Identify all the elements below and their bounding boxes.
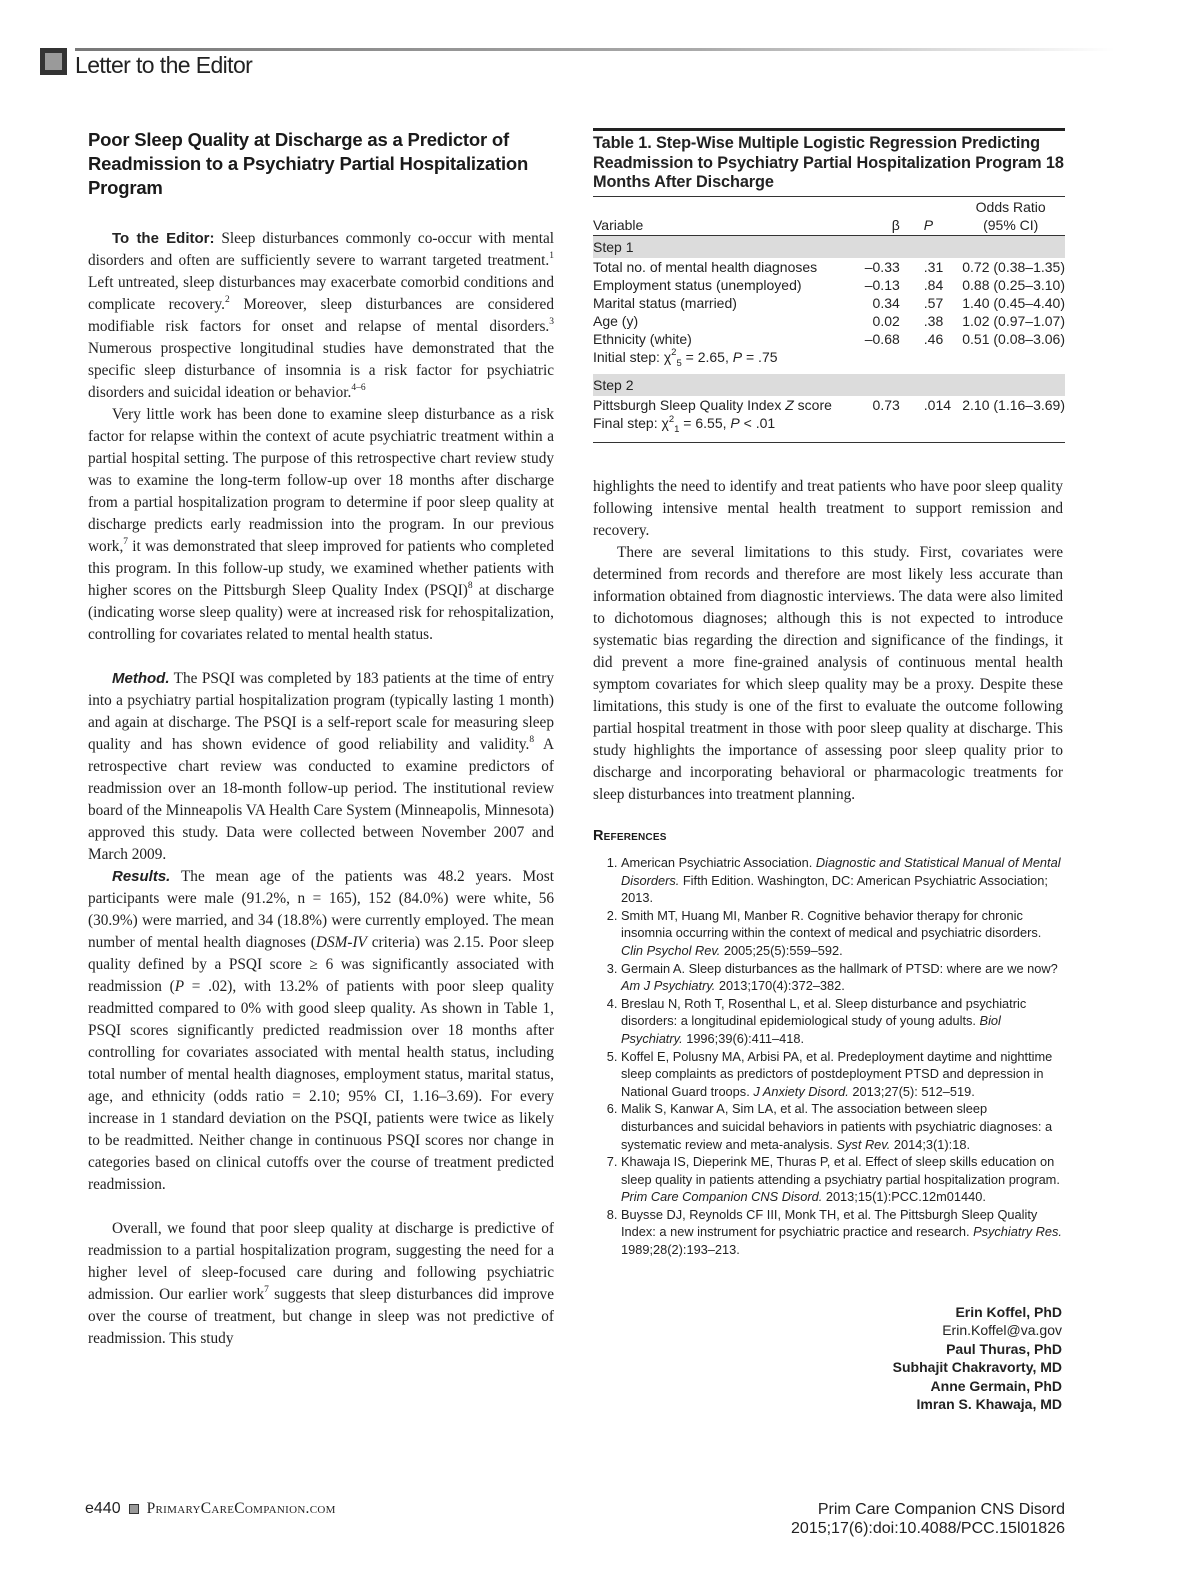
cell-beta: –0.33 [853, 258, 900, 276]
text: = 2.65, [682, 349, 733, 365]
paragraph-method: Method. The PSQI was completed by 183 pa… [88, 668, 554, 866]
text: 2005;25(5):559–592. [720, 943, 842, 958]
superscript: 2 [669, 414, 674, 425]
citation-ref: 1 [549, 251, 554, 261]
text-italic: DSM-IV [316, 934, 367, 951]
table-row: Total no. of mental health diagnoses–0.3… [593, 258, 1065, 276]
table-row: Ethnicity (white)–0.68.460.51 (0.08–3.06… [593, 330, 1065, 348]
lead-results: Results. [112, 868, 170, 885]
text: 1996;39(6):411–418. [683, 1031, 804, 1046]
article-title: Poor Sleep Quality at Discharge as a Pre… [88, 128, 554, 200]
text: = .02), with 13.2% of patients with poor… [88, 978, 554, 1193]
cell-p: .31 [900, 258, 957, 276]
paragraph-overall-continued: highlights the need to identify and trea… [593, 476, 1063, 542]
step-2-note: Final step: χ21 = 6.55, P < .01 [593, 414, 1065, 442]
text-italic: P [733, 349, 742, 365]
col-p: P [900, 196, 957, 235]
cell-beta: 0.34 [853, 294, 900, 312]
reference-item: Smith MT, Huang MI, Manber R. Cognitive … [621, 907, 1063, 960]
text: Initial step: χ [593, 349, 671, 365]
cell-p: .84 [900, 276, 957, 294]
text: = .75 [742, 349, 777, 365]
superscript: 2 [671, 347, 676, 358]
paragraph-results: Results. The mean age of the patients wa… [88, 866, 554, 1196]
doi-citation: 2015;17(6):doi:10.4088/PCC.15l01826 [780, 1519, 1065, 1538]
cell-or: 0.72 (0.38–1.35) [956, 258, 1065, 276]
table-row: Marital status (married)0.34.571.40 (0.4… [593, 294, 1065, 312]
cell-variable: Marital status (married) [593, 294, 853, 312]
step-1-label: Step 1 [593, 235, 1065, 258]
reference-item: Germain A. Sleep disturbances as the hal… [621, 960, 1063, 995]
text-italic: J Anxiety Disord. [753, 1084, 849, 1099]
paragraph-purpose: Very little work has been done to examin… [88, 404, 554, 646]
section-label: Letter to the Editor [75, 52, 252, 79]
citation-ref: 4–6 [351, 383, 365, 393]
text-italic: Prim Care Companion CNS Disord. [621, 1189, 822, 1204]
cell-variable: Pittsburgh Sleep Quality Index Z score [593, 396, 853, 414]
cell-beta: 0.73 [853, 396, 900, 414]
reference-item: American Psychiatric Association. Diagno… [621, 854, 1063, 907]
text-italic: P [175, 978, 184, 995]
lead-to-the-editor: To the Editor: [112, 230, 215, 247]
text: 2014;3(1):18. [890, 1137, 970, 1152]
text: 2013;15(1):PCC.12m01440. [822, 1189, 986, 1204]
citation-ref: 7 [123, 537, 128, 547]
header-rule [75, 48, 1115, 51]
reference-item: Koffel E, Polusny MA, Arbisi PA, et al. … [621, 1048, 1063, 1101]
cell-p: .57 [900, 294, 957, 312]
text: Numerous prospective longitudinal studie… [88, 340, 554, 401]
text-italic: Clin Psychol Rev. [621, 943, 720, 958]
text: Very little work has been done to examin… [88, 406, 554, 555]
text-italic: Am J Psychiatry. [621, 978, 715, 993]
cell-variable: Age (y) [593, 312, 853, 330]
text: Khawaja IS, Dieperink ME, Thuras P, et a… [621, 1154, 1060, 1187]
reference-item: Breslau N, Roth T, Rosenthal L, et al. S… [621, 995, 1063, 1048]
reference-item: Khawaja IS, Dieperink ME, Thuras P, et a… [621, 1153, 1063, 1206]
text: Germain A. Sleep disturbances as the hal… [621, 961, 1058, 976]
text: < .01 [740, 415, 775, 431]
text: Fifth Edition. Washington, DC: American … [621, 873, 1048, 906]
cell-p: .014 [900, 396, 957, 414]
col-beta: β [853, 196, 900, 235]
reference-item: Malik S, Kanwar A, Sim LA, et al. The as… [621, 1100, 1063, 1153]
paragraph-limitations: There are several limitations to this st… [593, 542, 1063, 806]
text: 1989;28(2):193–213. [621, 1242, 740, 1257]
citation-ref: 3 [549, 317, 554, 327]
cell-beta: –0.68 [853, 330, 900, 348]
col-odds-ratio-line2: (95% CI) [956, 216, 1065, 234]
step-2-label: Step 2 [593, 374, 1065, 396]
text-italic: P [730, 415, 739, 431]
citation-ref: 2 [225, 295, 230, 305]
references-list: American Psychiatric Association. Diagno… [593, 854, 1063, 1259]
cell-or: 2.10 (1.16–3.69) [956, 396, 1065, 414]
text-italic: Z [785, 397, 794, 413]
author-name: Anne Germain, PhD [840, 1377, 1062, 1395]
journal-name: Prim Care Companion CNS Disord [780, 1500, 1065, 1519]
site-link[interactable]: PrimaryCareCompanion.com [147, 1500, 336, 1518]
cell-or: 1.02 (0.97–1.07) [956, 312, 1065, 330]
citation-ref: 7 [264, 1285, 269, 1295]
footer-citation: Prim Care Companion CNS Disord 2015;17(6… [780, 1500, 1065, 1538]
section-square-icon [40, 48, 67, 75]
text-italic: Syst Rev. [837, 1137, 891, 1152]
text: Smith MT, Huang MI, Manber R. Cognitive … [621, 908, 1041, 941]
footer-square-icon [129, 1504, 139, 1514]
table-row: Employment status (unemployed)–0.13.840.… [593, 276, 1065, 294]
cell-or: 0.51 (0.08–3.06) [956, 330, 1065, 348]
left-column: Poor Sleep Quality at Discharge as a Pre… [88, 128, 554, 1350]
text-italic: Psychiatry Res. [973, 1224, 1062, 1239]
cell-p: .46 [900, 330, 957, 348]
cell-p: .38 [900, 312, 957, 330]
citation-ref: 8 [529, 735, 534, 745]
text: = 6.55, [679, 415, 730, 431]
table-row: Age (y)0.02.381.02 (0.97–1.07) [593, 312, 1065, 330]
cell-or: 0.88 (0.25–3.10) [956, 276, 1065, 294]
text: American Psychiatric Association. [621, 855, 816, 870]
author-name: Imran S. Khawaja, MD [840, 1395, 1062, 1413]
cell-beta: 0.02 [853, 312, 900, 330]
text: Breslau N, Roth T, Rosenthal L, et al. S… [621, 996, 1026, 1029]
paragraph-intro: To the Editor: Sleep disturbances common… [88, 228, 554, 404]
cell-variable: Employment status (unemployed) [593, 276, 853, 294]
page-number: e440 [85, 1500, 121, 1518]
author-block: Erin Koffel, PhD Erin.Koffel@va.gov Paul… [840, 1303, 1062, 1413]
reference-item: Buysse DJ, Reynolds CF III, Monk TH, et … [621, 1206, 1063, 1259]
step-1-note: Initial step: χ25 = 2.65, P = .75 [593, 348, 1065, 375]
table-caption: Table 1. Step-Wise Multiple Logistic Reg… [593, 131, 1065, 196]
paragraph-overall: Overall, we found that poor sleep qualit… [88, 1218, 554, 1350]
regression-table: Variable β P Odds Ratio (95% CI) Step 1 … [593, 196, 1065, 444]
author-name: Erin Koffel, PhD [840, 1303, 1062, 1321]
right-column: highlights the need to identify and trea… [593, 476, 1063, 1259]
col-variable: Variable [593, 196, 853, 235]
cell-or: 1.40 (0.45–4.40) [956, 294, 1065, 312]
lead-method: Method. [112, 670, 170, 687]
cell-variable: Ethnicity (white) [593, 330, 853, 348]
cell-variable: Total no. of mental health diagnoses [593, 258, 853, 276]
citation-ref: 8 [468, 581, 473, 591]
footer-left: e440 PrimaryCareCompanion.com [85, 1500, 336, 1518]
text: Pittsburgh Sleep Quality Index [593, 397, 785, 413]
table-row: Pittsburgh Sleep Quality Index Z score0.… [593, 396, 1065, 414]
text: Final step: χ [593, 415, 669, 431]
text: score [794, 397, 832, 413]
cell-beta: –0.13 [853, 276, 900, 294]
references-heading: References [593, 828, 1063, 844]
author-email-link[interactable]: Erin.Koffel@va.gov [840, 1321, 1062, 1339]
text: A retrospective chart review was conduct… [88, 736, 554, 863]
table-1: Table 1. Step-Wise Multiple Logistic Reg… [593, 128, 1065, 443]
text: 2013;170(4):372–382. [715, 978, 845, 993]
col-odds-ratio: Odds Ratio (95% CI) [956, 196, 1065, 235]
col-odds-ratio-line1: Odds Ratio [956, 198, 1065, 216]
author-name: Subhajit Chakravorty, MD [840, 1358, 1062, 1376]
author-name: Paul Thuras, PhD [840, 1340, 1062, 1358]
text: 2013;27(5): 512–519. [849, 1084, 975, 1099]
